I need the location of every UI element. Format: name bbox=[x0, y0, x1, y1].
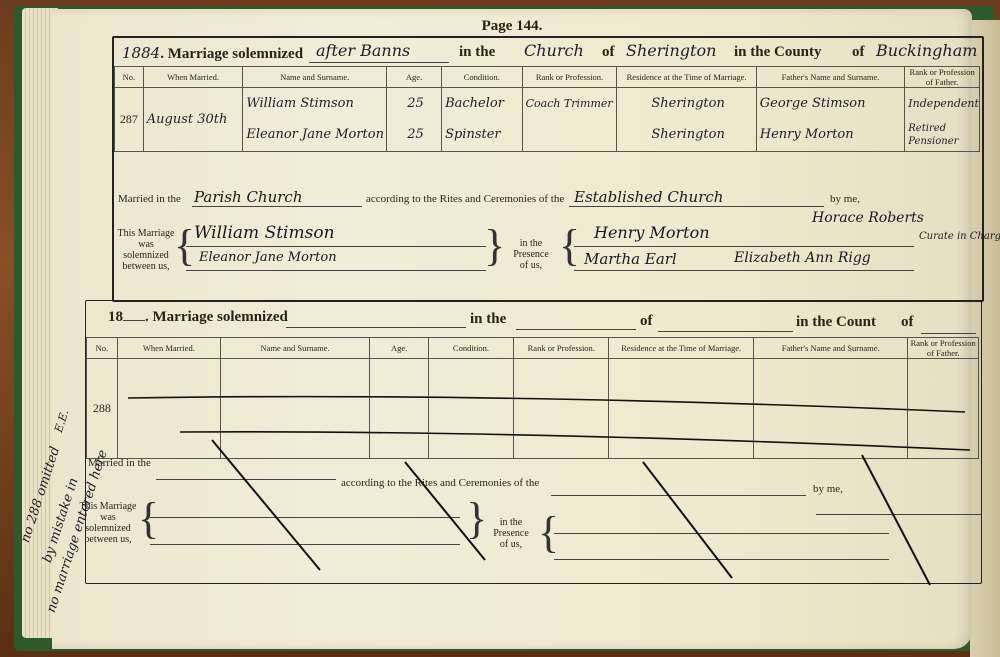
cancellation-strokes bbox=[0, 0, 1000, 657]
